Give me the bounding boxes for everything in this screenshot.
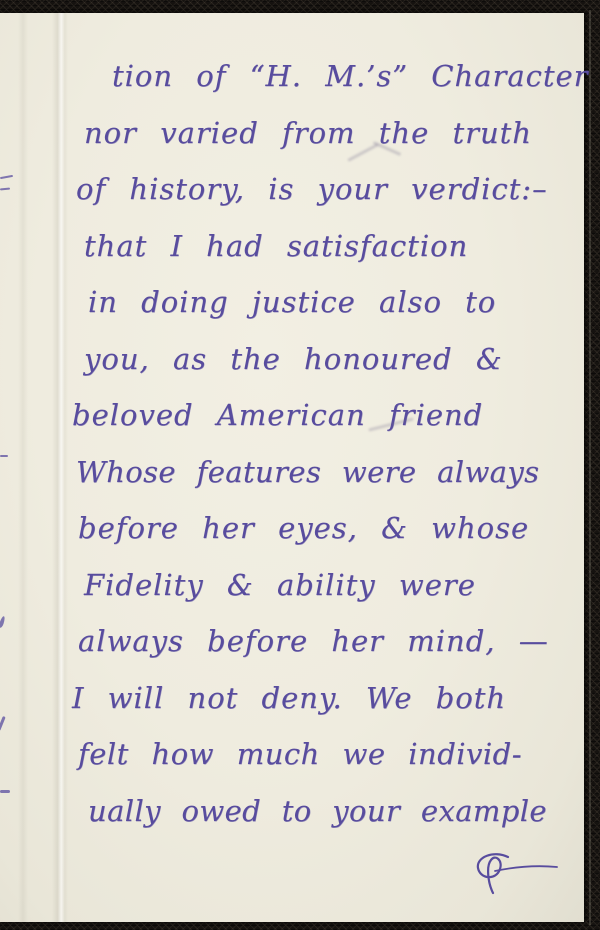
handwriting-line: I will not deny. We both [0,670,584,727]
catchword-flourish-icon [462,850,562,898]
handwritten-text-block: tion of “H. M.’s” Character nor varied f… [0,48,584,839]
handwriting-line: that I had satisfaction [0,218,584,275]
letter-page: tion of “H. M.’s” Character nor varied f… [0,13,584,922]
handwriting-line: in doing justice also to [0,274,584,331]
stray-ink-mark [0,790,10,793]
handwriting-line: before her eyes, & whose [0,500,584,557]
handwriting-line: Fidelity & ability were [0,557,584,614]
handwriting-line: nor varied from the truth [0,105,584,162]
page-edge-highlight [589,10,591,925]
handwriting-line: tion of “H. M.’s” Character [0,48,584,105]
handwriting-line: always before her mind, — [0,613,584,670]
stray-ink-mark [0,455,8,457]
handwriting-line: beloved American friend [0,387,584,444]
scan-background: tion of “H. M.’s” Character nor varied f… [0,0,600,930]
handwriting-line: Whose features were always [0,444,584,501]
handwriting-line: of history, is your verdict:– [0,161,584,218]
handwriting-line: felt how much we individ- [0,726,584,783]
handwriting-line: you, as the honoured & [0,331,584,388]
handwriting-line: ually owed to your example [0,783,584,840]
